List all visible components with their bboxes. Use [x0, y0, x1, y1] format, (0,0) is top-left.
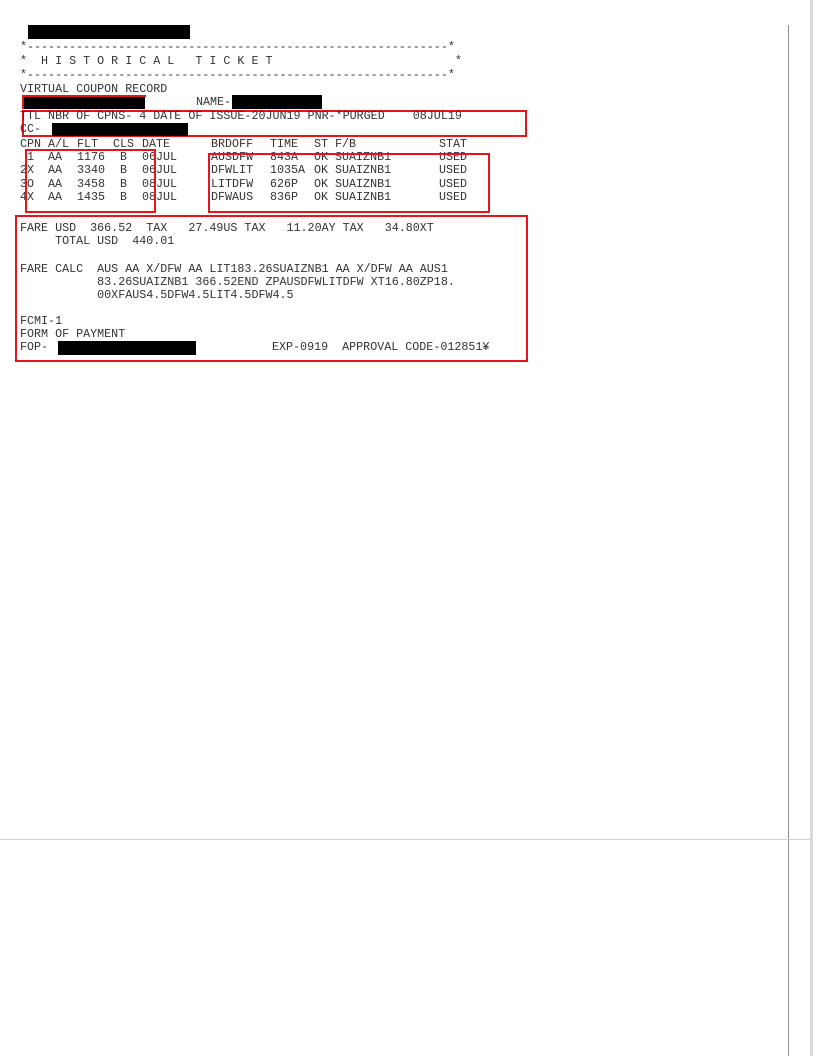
fop-expiry-approval: EXP-0919 APPROVAL CODE-012851¥ [272, 341, 489, 354]
redacted-credit-card [52, 123, 188, 136]
scan-edge-line [788, 25, 789, 1056]
fare-calc-line-3: 00XFAUS4.5DFW4.5LIT4.5DFW4.5 [20, 289, 294, 302]
ticket-info: TTL NBR OF CPNS- 4 DATE OF ISSUE-20JUN19… [20, 110, 462, 123]
redacted-passenger-id [24, 97, 145, 109]
banner-top-rule: *---------------------------------------… [20, 41, 455, 54]
name-label: NAME- [196, 96, 231, 109]
banner-title: * H I S T O R I C A L T I C K E T * [20, 55, 462, 68]
page-edge [810, 0, 813, 1056]
fop-label: FOP- [20, 341, 48, 354]
redacted-header-id [28, 25, 190, 39]
redacted-form-of-payment [58, 341, 196, 355]
cc-label: CC- [20, 123, 41, 136]
highlight-segment-columns [208, 153, 490, 213]
redacted-passenger-name [232, 95, 322, 109]
total-line: TOTAL USD 440.01 [20, 235, 174, 248]
banner-bottom-rule: *---------------------------------------… [20, 69, 455, 82]
scan-fold-line [0, 839, 810, 840]
highlight-flight-columns [25, 149, 156, 213]
